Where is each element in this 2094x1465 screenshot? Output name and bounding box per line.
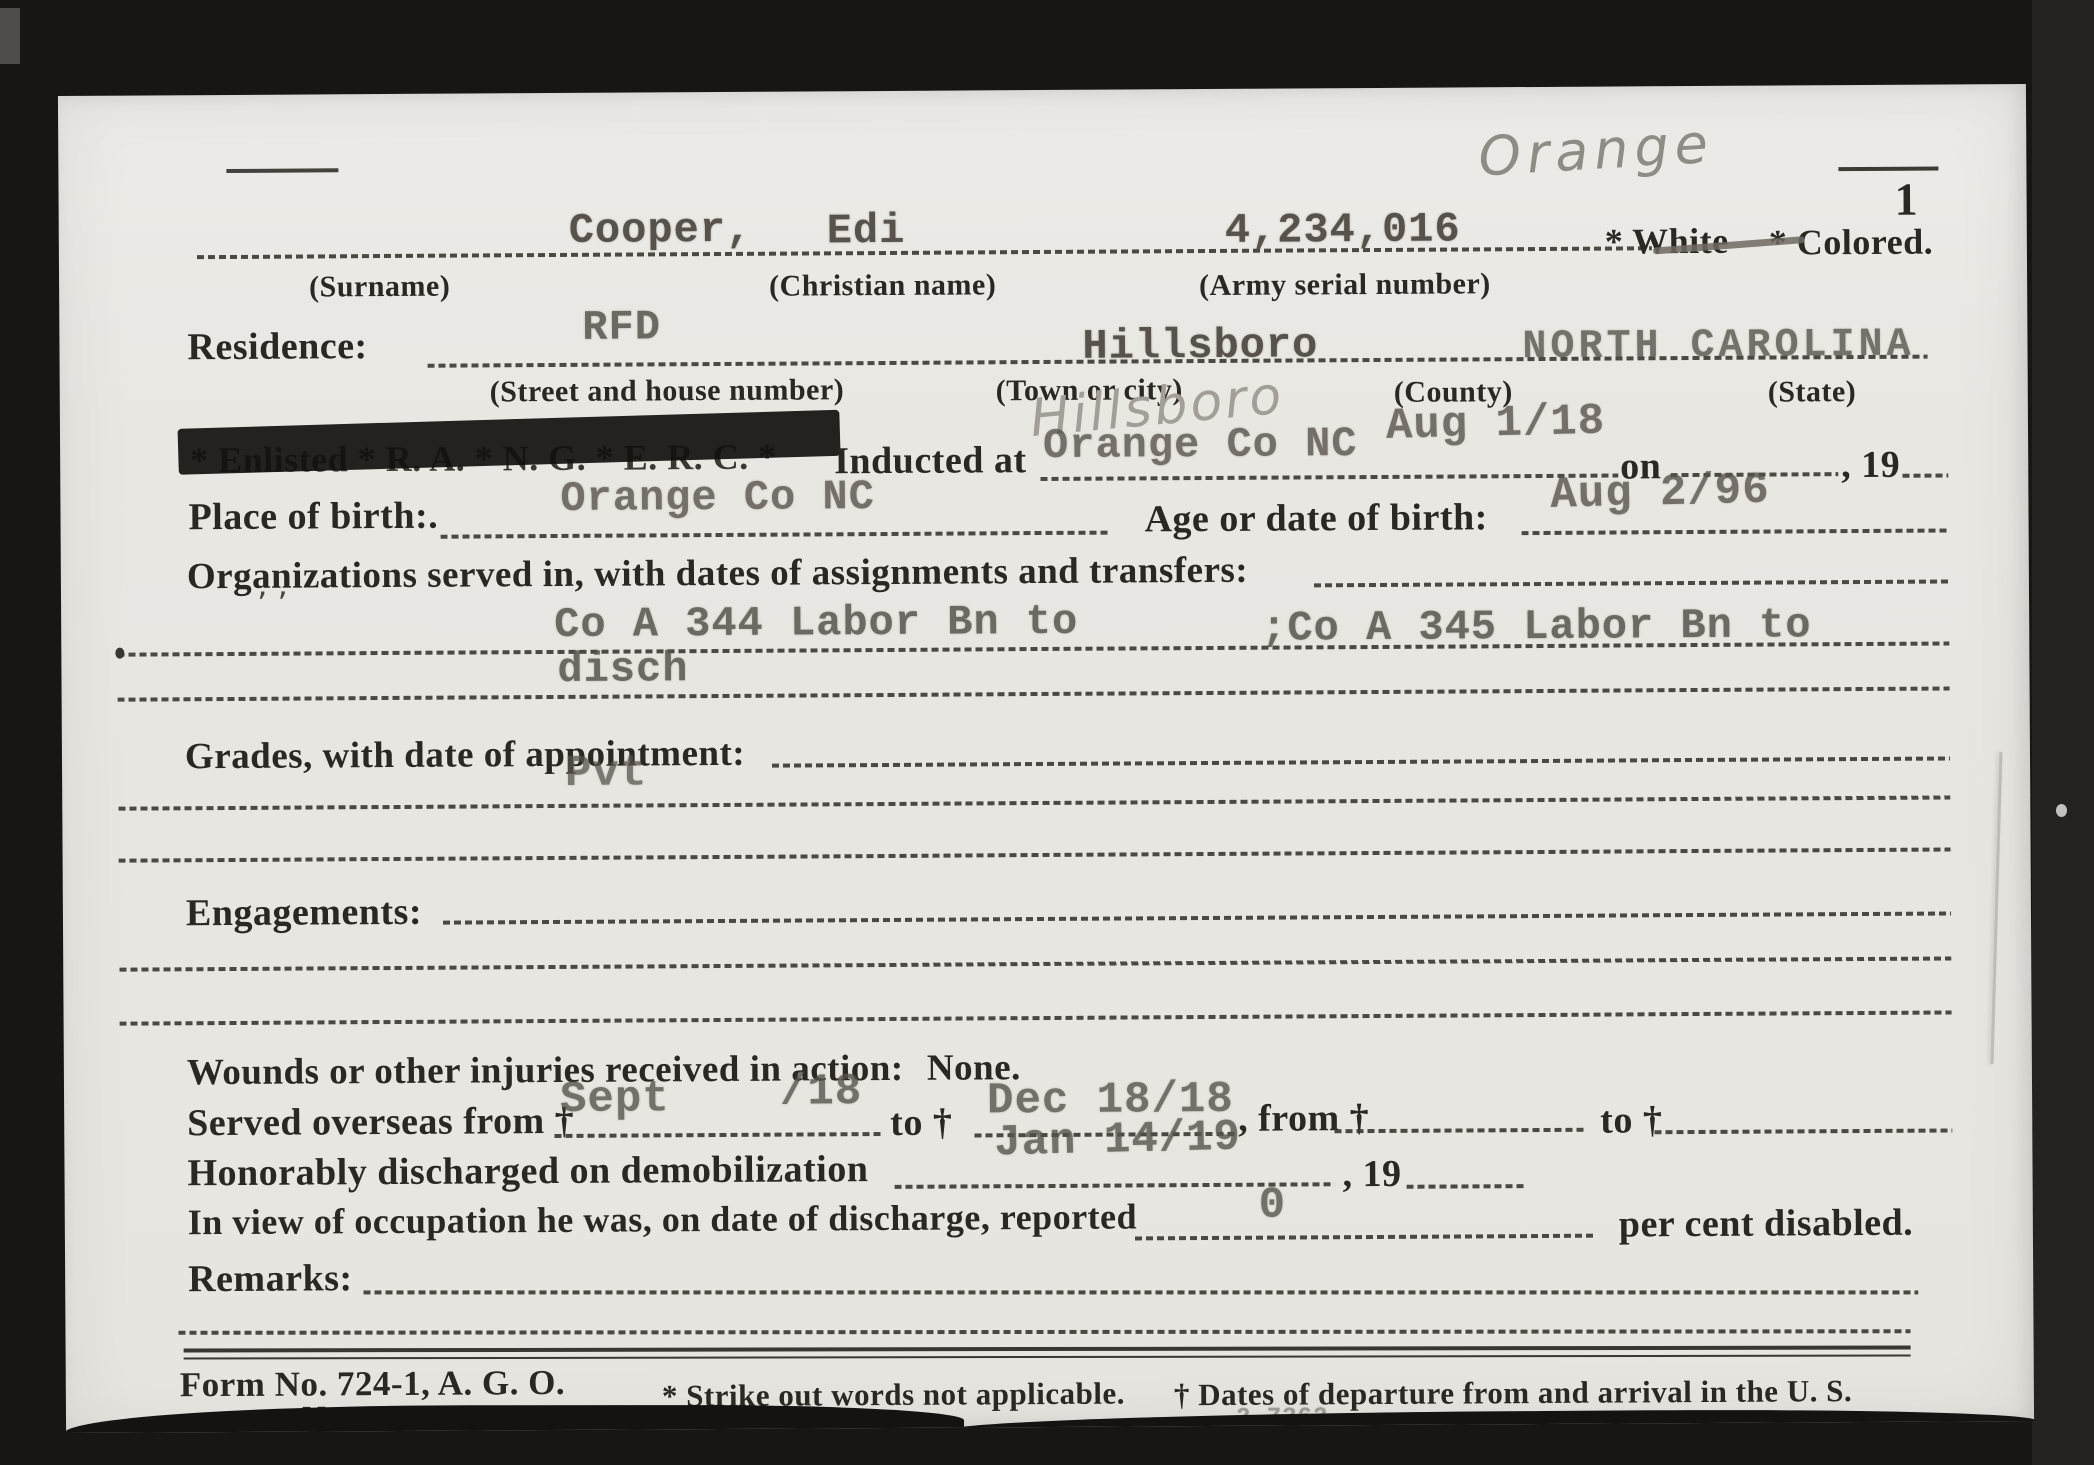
- inducted-year-prefix: , 19: [1841, 443, 1900, 487]
- place-of-birth-line: [441, 531, 1109, 539]
- engagements-line: [443, 911, 1951, 924]
- residence-state-value: NORTH CAROLINA: [1522, 323, 1914, 370]
- christian-name-label: (Christian name): [769, 268, 996, 303]
- engagements-label: Engagements:: [186, 890, 422, 935]
- grades-label: Grades, with date of appointment:: [185, 732, 745, 778]
- disability-line: [1135, 1234, 1597, 1241]
- place-of-birth-label: Place of birth:.: [188, 494, 438, 540]
- scan-speck: [2056, 804, 2067, 817]
- blank-line-c: [119, 956, 1951, 971]
- race-option-white: * White: [1605, 220, 1729, 263]
- record-card: Orange 1 Cooper, Edi 4,234,016 * White *…: [58, 84, 2034, 1433]
- age-value: Aug 2/96: [1550, 466, 1770, 521]
- remarks-line: [363, 1290, 1918, 1294]
- overseas-label: Served overseas from †: [187, 1099, 574, 1145]
- army-serial-number-label: (Army serial number): [1199, 267, 1491, 303]
- stray-quote-marks: ’ ’: [257, 585, 288, 623]
- age-line: [1522, 528, 1949, 535]
- blank-line-b: [119, 847, 1951, 862]
- blank-line-a: [118, 795, 1950, 810]
- page-number: 1: [1894, 173, 1918, 226]
- inducted-place-value: Orange Co NC: [1043, 420, 1358, 470]
- inducted-date-value: Aug 1/18: [1385, 397, 1605, 452]
- organizations-label-line: [1314, 579, 1949, 587]
- overseas-from2-label: , from †: [1238, 1096, 1369, 1141]
- disability-label: In view of occupation he was, on date of…: [188, 1195, 1138, 1243]
- surname-label: (Surname): [309, 270, 450, 305]
- county-pencil-annotation: Orange: [1477, 112, 1716, 189]
- christian-name-value: Edi: [827, 207, 906, 255]
- overseas-from1-year: /18: [780, 1067, 863, 1118]
- scan-edge-left-patch: [0, 8, 20, 64]
- grade-value: Pvt: [565, 748, 648, 799]
- organization-entry-3: disch: [557, 645, 688, 694]
- form-number: Form No. 724-1, A. G. O.: [180, 1363, 566, 1405]
- bottom-curl-shadow-right: [944, 1408, 2034, 1433]
- bottom-dotted-line: [179, 1329, 1911, 1335]
- age-label: Age or date of birth:: [1144, 495, 1488, 541]
- overseas-to1-label: to †: [890, 1101, 952, 1145]
- organization-entry-1: Co A 344 Labor Bn to: [554, 598, 1078, 649]
- organizations-label: Organizations served in, with dates of a…: [187, 549, 1249, 598]
- residence-street-value: RFD: [582, 303, 661, 351]
- army-serial-number-value: 4,234,016: [1225, 205, 1461, 254]
- top-left-mark: [226, 168, 338, 173]
- scan-edge-right-band: [2032, 0, 2094, 1465]
- discharge-year-prefix: , 19: [1342, 1152, 1401, 1196]
- paper-crease: [1990, 752, 2002, 1064]
- page-number-overline: [1838, 167, 1938, 172]
- bottom-double-rule: [184, 1345, 1911, 1359]
- overseas-from1-month: Sept: [560, 1074, 670, 1125]
- blank-line-d: [120, 1010, 1952, 1025]
- surname-value: Cooper,: [569, 206, 753, 255]
- discharge-year-line: [1407, 1184, 1525, 1189]
- overseas-from1-line: [554, 1132, 884, 1138]
- scanned-service-record: Orange 1 Cooper, Edi 4,234,016 * White *…: [0, 0, 2094, 1465]
- residence-town-value: Hillsboro: [1082, 321, 1318, 370]
- inducted-year-line: [1902, 473, 1948, 477]
- bottom-curl-shadow-left: [64, 1405, 964, 1433]
- ink-blot: [115, 648, 124, 659]
- overseas-from2-line: [1334, 1128, 1586, 1134]
- inducted-line: [1040, 473, 1618, 481]
- street-label: (Street and house number): [490, 373, 845, 409]
- place-of-birth-value: Orange Co NC: [560, 473, 875, 523]
- discharge-label: Honorably discharged on demobilization: [187, 1147, 868, 1195]
- state-label: (State): [1768, 375, 1857, 410]
- residence-label: Residence:: [187, 324, 367, 369]
- disability-suffix-label: per cent disabled.: [1619, 1201, 1914, 1247]
- organizations-line-2: [118, 686, 1950, 701]
- discharge-date-value: Jan 14/19: [994, 1113, 1242, 1169]
- grades-line: [772, 756, 1950, 767]
- remarks-label: Remarks:: [188, 1256, 353, 1301]
- disability-value: 0: [1259, 1181, 1287, 1231]
- overseas-to2-line: [1654, 1128, 1952, 1134]
- overseas-to2-label: to †: [1600, 1098, 1662, 1142]
